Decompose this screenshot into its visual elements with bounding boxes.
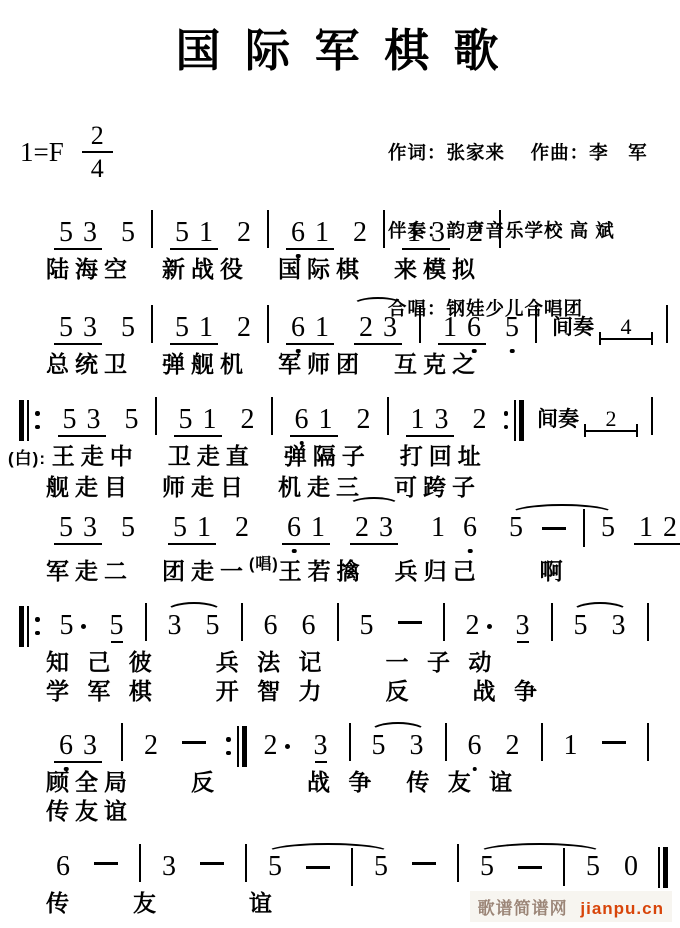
note-digit: 5 (59, 219, 73, 247)
lyric-text: 王若擒 兵归己 啊 (279, 558, 569, 584)
barline (349, 723, 351, 761)
beam-group: 61 (284, 211, 336, 255)
note-digit: 2 (506, 732, 520, 760)
notes-row: 5355126123165间奏4 (0, 298, 680, 350)
barline (445, 723, 447, 761)
dash-extension (200, 862, 224, 865)
barline (647, 603, 649, 641)
barline (387, 397, 389, 435)
beam-group: 53 (52, 306, 104, 350)
tie-group: 35 (156, 604, 232, 648)
note-digit: 1 (311, 514, 325, 542)
low-octave-dot (296, 254, 301, 259)
note-digit: 5 (60, 612, 74, 640)
note-digit: 6 (56, 853, 70, 881)
barline (551, 603, 553, 641)
note-digit: 5 (206, 612, 220, 640)
lyric-row: 顾全局 反 战 争 传 友 谊 (0, 768, 680, 797)
augmentation-dot (285, 744, 290, 749)
low-octave-dot (64, 767, 69, 772)
barline (245, 844, 247, 882)
key-signature: 1=F 2 4 (20, 122, 113, 183)
note-digit: 1 (431, 514, 445, 542)
note-digit: 5 (63, 406, 77, 434)
interlude-label: 间奏 (537, 403, 579, 433)
beam-group: 23 (348, 506, 400, 550)
meter-denominator: 4 (91, 153, 104, 182)
note: 5 (372, 724, 386, 768)
lyric-text: 总统卫 弹舰机 军师团 互克之 (46, 351, 481, 377)
note: 6 (264, 604, 278, 648)
note-digit: 6 (295, 406, 309, 434)
note: 2 (144, 724, 158, 768)
low-octave-dot (292, 549, 297, 554)
lyric-text: 学 军 棋 开 智 力 反 战 争 (46, 678, 543, 704)
note: 5 (60, 604, 86, 648)
tie-group: 53 (562, 604, 638, 648)
underline-beam (58, 435, 106, 437)
lyric-row: 陆海空 新战役 国际棋 来模拟 (0, 255, 680, 284)
interlude-bracket: 2 (584, 402, 638, 442)
barline (457, 844, 459, 882)
thin-bar (27, 400, 29, 441)
note: 6 (302, 604, 316, 648)
beam-group: 61 (280, 506, 332, 550)
note-digit: 3 (516, 612, 530, 640)
note-digit: 3 (83, 732, 97, 760)
note-digit: 5 (175, 314, 189, 342)
interlude-label: 间奏 (552, 311, 594, 341)
repeat-dot (35, 617, 40, 622)
barline (383, 210, 385, 248)
note-digit: 5 (505, 314, 519, 342)
repeat-dots (35, 617, 40, 635)
note: 3 (314, 724, 328, 768)
notation-line-4: 5355126123165512军走二 团走一(唱)王若擒 兵归己 啊 (0, 498, 680, 586)
beam-group: 63 (52, 724, 104, 768)
barline (151, 210, 153, 248)
beam-group: 12 (632, 506, 680, 550)
barline (337, 603, 339, 641)
note-digit: 5 (179, 406, 193, 434)
barline (241, 603, 243, 641)
lyric-text: 陆海空 新战役 国际棋 来模拟 (46, 256, 481, 282)
note-digit: 5 (121, 314, 135, 342)
note: 2 (264, 724, 290, 768)
beam-group: 13 (400, 211, 452, 255)
note: 5 (374, 845, 388, 889)
low-octave-dot (296, 349, 301, 354)
note-digit: 0 (624, 853, 638, 881)
note-digit: 2 (469, 219, 483, 247)
note-digit: 5 (121, 219, 135, 247)
barline (651, 397, 653, 435)
underline-beam (634, 543, 680, 545)
lyric-row: 学 军 棋 开 智 力 反 战 争 (0, 677, 680, 706)
note-digit: 1 (315, 219, 329, 247)
note: 5 (509, 506, 523, 550)
thick-bar (519, 400, 524, 441)
dash-extension (412, 862, 436, 865)
interlude-mark: 间奏4 (550, 306, 653, 350)
interlude-count: 4 (599, 316, 653, 338)
augmentation-dot (81, 624, 86, 629)
note: 2 (237, 306, 251, 350)
low-octave-dot (468, 549, 473, 554)
note: 3 (410, 724, 424, 768)
lyric-text: 舰走目 师走日 机走三 可跨子 (46, 474, 481, 500)
note: 1 (564, 724, 578, 768)
note-digit: 2 (235, 514, 249, 542)
thick-bar (242, 726, 247, 767)
lyric-text: 知 己 彼 兵 法 记 一 子 动 (46, 649, 497, 675)
note-digit: 3 (410, 732, 424, 760)
credit-lyricist-composer: 作词：张家来 作曲：李 军 (388, 140, 648, 166)
note: 5 (268, 845, 282, 889)
underline-beam (54, 248, 102, 250)
note-digit: 2 (264, 732, 278, 760)
note-digit: 5 (480, 853, 494, 881)
underline-beam (111, 641, 123, 643)
note-digit: 2 (353, 219, 367, 247)
song-title: 国 际 军 棋 歌 (0, 14, 680, 79)
note-digit: 6 (291, 219, 305, 247)
lyric-row: 军走二 团走一(唱)王若擒 兵归己 啊 (0, 550, 680, 586)
watermark-domain-link: jianpu.cn (580, 899, 664, 918)
underline-beam (290, 435, 338, 437)
note-digit: 2 (359, 314, 373, 342)
repeat-dots (226, 737, 231, 755)
barline (267, 305, 269, 343)
barline (271, 397, 273, 435)
note-digit: 5 (586, 853, 600, 881)
low-octave-dot (299, 441, 304, 446)
repeat-dot (504, 425, 509, 430)
tie-group: 55 (500, 506, 624, 550)
dash-extension (542, 527, 566, 530)
note-digit: 2 (466, 612, 480, 640)
notation-line-6: 6322353621顾全局 反 战 争 传 友 谊传友谊 (0, 716, 680, 826)
lyric-row: (白): 王走中 卫走直 弹隔子 打回址 (0, 442, 680, 473)
beam-group: 51 (168, 211, 220, 255)
note: 6 (463, 506, 477, 550)
underline-beam (354, 343, 402, 345)
note-digit: 5 (574, 612, 588, 640)
note-digit: 6 (302, 612, 316, 640)
note-digit: 1 (199, 314, 213, 342)
tie-group: 53 (360, 724, 436, 768)
note-digit: 5 (360, 612, 374, 640)
note-digit: 5 (374, 853, 388, 881)
lyric-row: 知 己 彼 兵 法 记 一 子 动 (0, 648, 680, 677)
note-digit: 3 (612, 612, 626, 640)
underline-beam (174, 435, 222, 437)
note-digit: 5 (121, 514, 135, 542)
beam-group: 51 (166, 506, 218, 550)
thick-bar (19, 606, 24, 647)
note-digit: 6 (291, 314, 305, 342)
repeat-dot (35, 411, 40, 416)
note: 5 (110, 604, 124, 648)
note-digit: 3 (314, 732, 328, 760)
note-digit: 6 (264, 612, 278, 640)
repeat-dot (226, 751, 231, 756)
barline (666, 305, 668, 343)
barline (541, 723, 543, 761)
beam-group: 53 (52, 506, 104, 550)
dash-extension (602, 741, 626, 744)
note-digit: 1 (319, 406, 333, 434)
note: 5 (121, 506, 135, 550)
thick-bar (19, 400, 24, 441)
note: 2 (237, 211, 251, 255)
barline (121, 723, 123, 761)
lyric-text: 军走二 团走一 (46, 558, 249, 584)
note-digit: 3 (83, 514, 97, 542)
repeat-dot (504, 411, 509, 416)
note-digit: 1 (639, 514, 653, 542)
thin-bar (237, 726, 239, 767)
lyric-text: 顾全局 反 战 争 传 友 谊 (46, 769, 518, 795)
beam-group: 13 (404, 398, 456, 442)
note: 2 (469, 211, 483, 255)
repeat-dots (504, 411, 509, 429)
low-octave-dot (472, 767, 477, 772)
note-digit: 1 (197, 514, 211, 542)
note-digit: 5 (173, 514, 187, 542)
beam-group: 53 (56, 398, 108, 442)
note-digit: 2 (473, 406, 487, 434)
note: 5 (121, 211, 135, 255)
notes-row: 55356652353 (0, 596, 680, 648)
note-digit: 5 (110, 612, 124, 640)
barline (499, 210, 501, 248)
note-digit: 5 (372, 732, 386, 760)
lyric-text: 传 友 谊 (46, 890, 278, 916)
underline-beam (406, 435, 454, 437)
repeat-dots (35, 411, 40, 429)
note-digit: 1 (203, 406, 217, 434)
note-digit: 2 (241, 406, 255, 434)
note-digit: 3 (168, 612, 182, 640)
dash-extension (94, 862, 118, 865)
note-digit: 5 (59, 314, 73, 342)
note: 3 (612, 604, 626, 648)
note: 2 (353, 211, 367, 255)
note-digit: 5 (268, 853, 282, 881)
note: 2 (235, 506, 249, 550)
interlude-bracket: 4 (599, 310, 653, 350)
note: 0 (624, 845, 638, 889)
note: 5 (586, 845, 600, 889)
barline (647, 723, 649, 761)
augmentation-dot (487, 624, 492, 629)
underline-beam (315, 761, 327, 763)
beam-group: 16 (436, 306, 488, 350)
note: 5 (574, 604, 588, 648)
note-digit: 1 (315, 314, 329, 342)
dash-extension (398, 621, 422, 624)
thick-bar (663, 847, 668, 888)
underline-beam (54, 343, 102, 345)
note-digit: 3 (379, 514, 393, 542)
underline-beam (54, 543, 102, 545)
note-digit: 6 (467, 314, 481, 342)
notation-line-5: 55356652353知 己 彼 兵 法 记 一 子 动学 军 棋 开 智 力 … (0, 596, 680, 706)
watermark: 歌谱简谱网 jianpu.cn (470, 891, 672, 922)
beam-group: 51 (168, 306, 220, 350)
repeat-dot (226, 737, 231, 742)
notation-line-3: 535512612132间奏2(白): 王走中 卫走直 弹隔子 打回址舰走目 师… (0, 390, 680, 502)
barline (267, 210, 269, 248)
note: 5 (125, 398, 139, 442)
repeat-start-sign (19, 398, 43, 442)
note: 2 (473, 398, 487, 442)
note: 3 (168, 604, 182, 648)
note-digit: 2 (357, 406, 371, 434)
key-label: 1=F (20, 137, 64, 168)
note-digit: 2 (355, 514, 369, 542)
underline-beam (402, 248, 450, 250)
note-digit: 3 (162, 853, 176, 881)
spoken-label: (白): (8, 449, 52, 468)
beam-group: 23 (352, 306, 404, 350)
note-digit: 3 (431, 219, 445, 247)
underline-beam (350, 543, 398, 545)
thin-bar (658, 847, 660, 888)
barline (443, 603, 445, 641)
tie-arc (266, 843, 390, 862)
underline-beam (286, 248, 334, 250)
note: 3 (516, 604, 530, 648)
note-digit: 2 (144, 732, 158, 760)
barline (535, 305, 537, 343)
lyric-text: 传友谊 (46, 798, 133, 824)
repeat-dot (35, 425, 40, 430)
meter-numerator: 2 (82, 122, 113, 153)
note-digit: 5 (59, 514, 73, 542)
beam-group: 53 (52, 211, 104, 255)
underline-beam (438, 343, 486, 345)
barline (419, 305, 421, 343)
notation-line-1: 535512612132陆海空 新战役 国际棋 来模拟 (0, 203, 680, 284)
note: 2 (357, 398, 371, 442)
note: 5 (505, 306, 519, 350)
underline-beam (170, 343, 218, 345)
note-digit: 3 (87, 406, 101, 434)
sung-label: (唱) (249, 556, 279, 573)
notes-row: 6355550 (0, 837, 680, 889)
sheet-music-page: { "title": "国 际 军 棋 歌", "credits": { "li… (0, 0, 680, 928)
note-digit: 1 (411, 406, 425, 434)
bracket-cap (636, 424, 638, 437)
note: 3 (162, 845, 176, 889)
beam-group: 51 (172, 398, 224, 442)
dash-extension (518, 866, 542, 869)
repeat-end-sign (223, 724, 247, 768)
tie-arc (478, 843, 602, 862)
note-digit: 3 (83, 219, 97, 247)
beam-group: 61 (288, 398, 340, 442)
note-digit: 2 (237, 219, 251, 247)
note-digit: 5 (175, 219, 189, 247)
barline (155, 397, 157, 435)
low-octave-dot (510, 349, 515, 354)
notes-row: 535512612132 (0, 203, 680, 255)
note-digit: 5 (125, 406, 139, 434)
note: 2 (241, 398, 255, 442)
note: 5 (121, 306, 135, 350)
notes-row: 6322353621 (0, 716, 680, 768)
note: 2 (466, 604, 492, 648)
underline-beam (170, 248, 218, 250)
note-digit: 2 (663, 514, 677, 542)
note: 5 (360, 604, 374, 648)
dash-extension (182, 741, 206, 744)
barline (139, 844, 141, 882)
lyric-row: 传友谊 (0, 797, 680, 826)
lyric-row: 总统卫 弹舰机 军师团 互克之 (0, 350, 680, 379)
note: 2 (506, 724, 520, 768)
time-signature: 2 4 (82, 122, 113, 183)
underline-beam (168, 543, 216, 545)
underline-beam (286, 343, 334, 345)
note-digit: 5 (509, 514, 523, 542)
note: 6 (468, 724, 482, 768)
interlude-count: 2 (584, 408, 638, 430)
notes-row: 535512612132间奏2 (0, 390, 680, 442)
note-digit: 6 (59, 732, 73, 760)
repeat-end-sign (501, 398, 525, 442)
note-digit: 2 (237, 314, 251, 342)
note-digit: 5 (601, 514, 615, 542)
underline-beam (54, 761, 102, 763)
tie-arc (510, 504, 614, 523)
note-digit: 1 (564, 732, 578, 760)
underline-beam (282, 543, 330, 545)
tie-group: 55 (468, 845, 612, 889)
interlude-mark: 间奏2 (535, 398, 638, 442)
note: 5 (480, 845, 494, 889)
note-digit: 3 (383, 314, 397, 342)
barline (151, 305, 153, 343)
note: 1 (431, 506, 445, 550)
note: 5 (206, 604, 220, 648)
note-digit: 1 (199, 219, 213, 247)
final-barline (655, 845, 668, 889)
note-digit: 6 (287, 514, 301, 542)
note-digit: 1 (407, 219, 421, 247)
barline (145, 603, 147, 641)
low-octave-dot (472, 349, 477, 354)
notes-row: 5355126123165512 (0, 498, 680, 550)
repeat-start-sign (19, 604, 43, 648)
note-digit: 6 (463, 514, 477, 542)
beam-group: 61 (284, 306, 336, 350)
thin-bar (514, 400, 516, 441)
thin-bar (27, 606, 29, 647)
note: 5 (601, 506, 615, 550)
bracket-cap (651, 332, 653, 345)
repeat-dot (35, 631, 40, 636)
underline-beam (517, 641, 529, 643)
lyric-text: 王走中 卫走直 弹隔子 打回址 (52, 443, 487, 469)
watermark-site-name: 歌谱简谱网 (478, 899, 568, 918)
note-digit: 1 (443, 314, 457, 342)
dash-extension (306, 866, 330, 869)
notation-line-2: 5355126123165间奏4总统卫 弹舰机 军师团 互克之 (0, 298, 680, 379)
note: 6 (56, 845, 70, 889)
